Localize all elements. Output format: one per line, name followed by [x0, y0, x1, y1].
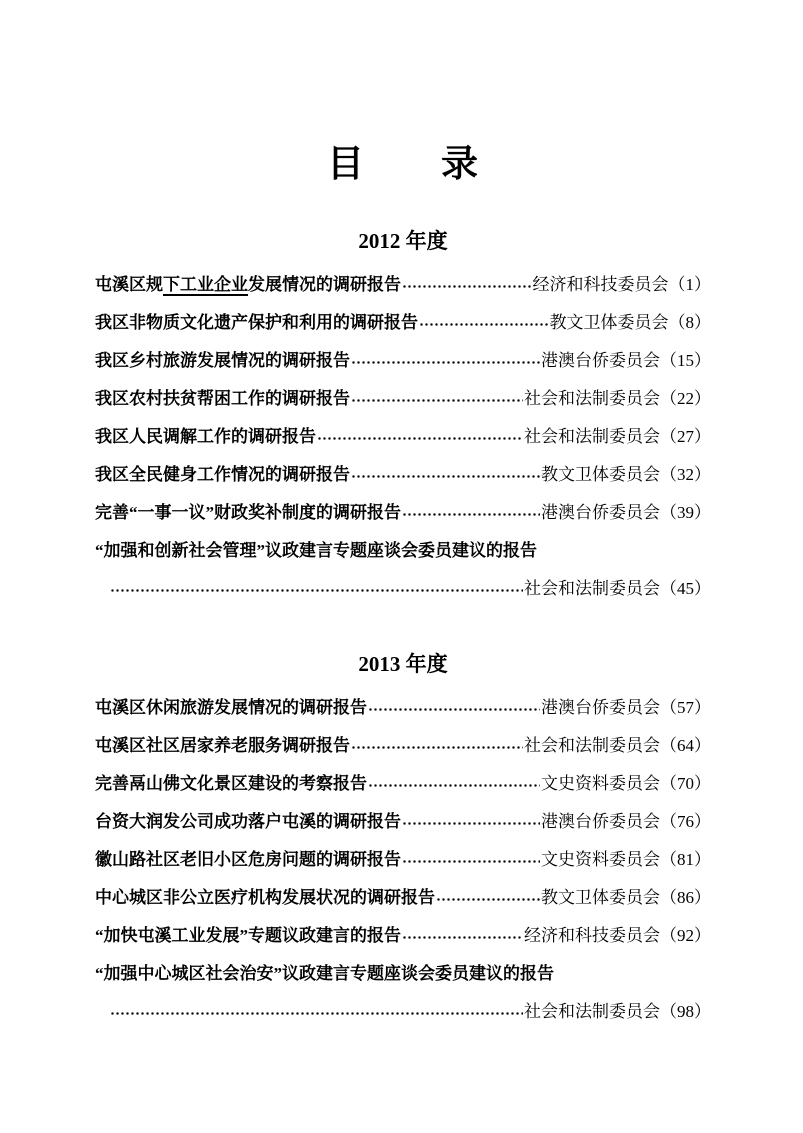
dotted-leader [351, 734, 523, 753]
dotted-leader [402, 273, 532, 292]
toc-entry: 我区非物质文化遗产保护和利用的调研报告 教文卫体委员会 （8） [95, 301, 711, 339]
dotted-leader [110, 1000, 523, 1019]
entry-title: 屯溪区休闲旅游发展情况的调研报告 [95, 693, 367, 718]
toc-section-2013: 屯溪区休闲旅游发展情况的调研报告 港澳台侨委员会 （57） 屯溪区社区居家养老服… [95, 686, 711, 1028]
page-number: （39） [660, 498, 711, 523]
page-number: （81） [660, 845, 711, 870]
page-number: （27） [660, 422, 711, 447]
page-number: （22） [660, 384, 711, 409]
page-number: （76） [660, 807, 711, 832]
toc-entry: 中心城区非公立医疗机构发展状况的调研报告 教文卫体委员会 （86） [95, 876, 711, 914]
dotted-leader [368, 696, 540, 715]
page-number: （1） [669, 270, 712, 295]
page-number: （64） [660, 731, 711, 756]
committee-name: 社会和法制委员会 [524, 422, 660, 447]
toc-entry-continuation: 社会和法制委员会 （98） [95, 990, 711, 1028]
toc-entry: 完善“一事一议”财政奖补制度的调研报告 港澳台侨委员会 （39） [95, 491, 711, 529]
committee-name: 社会和法制委员会 [524, 731, 660, 756]
dotted-leader [402, 501, 540, 520]
page-number: （92） [660, 921, 711, 946]
toc-entry: “加强中心城区社会治安”议政建言专题座谈会委员建议的报告 [95, 952, 711, 990]
committee-name: 社会和法制委员会 [524, 997, 660, 1022]
dotted-leader [436, 886, 540, 905]
dotted-leader [419, 311, 549, 330]
document-page: 目 录 2012 年度 屯溪区规下工业企业发展情况的调研报告 经济和科技委员会 … [0, 0, 803, 1133]
page-title: 目 录 [95, 142, 711, 188]
entry-title: 完善“一事一议”财政奖补制度的调研报告 [95, 498, 401, 523]
committee-name: 教文卫体委员会 [541, 883, 660, 908]
committee-name: 教文卫体委员会 [541, 460, 660, 485]
page-number: （86） [660, 883, 711, 908]
page-number: （70） [660, 769, 711, 794]
entry-title: 我区人民调解工作的调研报告 [95, 422, 316, 447]
page-number: （15） [660, 346, 711, 371]
toc-entry: 屯溪区社区居家养老服务调研报告 社会和法制委员会 （64） [95, 724, 711, 762]
entry-title: 我区全民健身工作情况的调研报告 [95, 460, 350, 485]
committee-name: 港澳台侨委员会 [541, 807, 660, 832]
entry-title: 中心城区非公立医疗机构发展状况的调研报告 [95, 883, 435, 908]
committee-name: 港澳台侨委员会 [541, 346, 660, 371]
underlined-text: 下工业企业 [163, 275, 248, 296]
toc-entry: 屯溪区规下工业企业发展情况的调研报告 经济和科技委员会 （1） [95, 263, 711, 301]
entry-title: “加快屯溪工业发展”专题议政建言的报告 [95, 921, 401, 946]
dotted-leader [110, 577, 523, 596]
toc-entry: 我区乡村旅游发展情况的调研报告 港澳台侨委员会 （15） [95, 339, 711, 377]
entry-title: 完善鬲山佛文化景区建设的考察报告 [95, 769, 367, 794]
page-number: （32） [660, 460, 711, 485]
page-number: （98） [660, 997, 711, 1022]
page-number: （57） [660, 693, 711, 718]
toc-entry: 台资大润发公司成功落户屯溪的调研报告 港澳台侨委员会 （76） [95, 800, 711, 838]
dotted-leader [402, 924, 523, 943]
entry-title: 我区非物质文化遗产保护和利用的调研报告 [95, 308, 418, 333]
dotted-leader [351, 349, 540, 368]
page-number: （8） [669, 308, 712, 333]
toc-entry: “加快屯溪工业发展”专题议政建言的报告 经济和科技委员会 （92） [95, 914, 711, 952]
section-heading: 2012 年度 [95, 228, 711, 254]
committee-name: 文史资料委员会 [541, 845, 660, 870]
dotted-leader [402, 848, 540, 867]
entry-title: 屯溪区社区居家养老服务调研报告 [95, 731, 350, 756]
toc-entry: “加强和创新社会管理”议政建言专题座谈会委员建议的报告 [95, 529, 711, 567]
section-heading: 2013 年度 [95, 651, 711, 677]
toc-section-2012: 屯溪区规下工业企业发展情况的调研报告 经济和科技委员会 （1） 我区非物质文化遗… [95, 263, 711, 605]
dotted-leader [317, 425, 523, 444]
entry-title: “加强中心城区社会治安”议政建言专题座谈会委员建议的报告 [95, 959, 554, 984]
entry-title: “加强和创新社会管理”议政建言专题座谈会委员建议的报告 [95, 536, 537, 561]
dotted-leader [368, 772, 540, 791]
committee-name: 教文卫体委员会 [550, 308, 669, 333]
entry-title: 徽山路社区老旧小区危房问题的调研报告 [95, 845, 401, 870]
dotted-leader [402, 810, 540, 829]
toc-entry: 完善鬲山佛文化景区建设的考察报告 文史资料委员会 （70） [95, 762, 711, 800]
committee-name: 社会和法制委员会 [524, 384, 660, 409]
dotted-leader [351, 463, 540, 482]
toc-entry: 我区农村扶贫帮困工作的调研报告 社会和法制委员会 （22） [95, 377, 711, 415]
toc-entry: 我区人民调解工作的调研报告 社会和法制委员会 （27） [95, 415, 711, 453]
committee-name: 港澳台侨委员会 [541, 498, 660, 523]
toc-entry: 我区全民健身工作情况的调研报告 教文卫体委员会 （32） [95, 453, 711, 491]
committee-name: 文史资料委员会 [541, 769, 660, 794]
committee-name: 社会和法制委员会 [524, 574, 660, 599]
entry-title: 台资大润发公司成功落户屯溪的调研报告 [95, 807, 401, 832]
dotted-leader [351, 387, 523, 406]
entry-title: 屯溪区规下工业企业发展情况的调研报告 [95, 270, 401, 295]
toc-entry: 徽山路社区老旧小区危房问题的调研报告 文史资料委员会 （81） [95, 838, 711, 876]
toc-entry-continuation: 社会和法制委员会 （45） [95, 567, 711, 605]
committee-name: 港澳台侨委员会 [541, 693, 660, 718]
toc-entry: 屯溪区休闲旅游发展情况的调研报告 港澳台侨委员会 （57） [95, 686, 711, 724]
committee-name: 经济和科技委员会 [533, 270, 669, 295]
entry-title: 我区乡村旅游发展情况的调研报告 [95, 346, 350, 371]
committee-name: 经济和科技委员会 [524, 921, 660, 946]
page-number: （45） [660, 574, 711, 599]
entry-title: 我区农村扶贫帮困工作的调研报告 [95, 384, 350, 409]
